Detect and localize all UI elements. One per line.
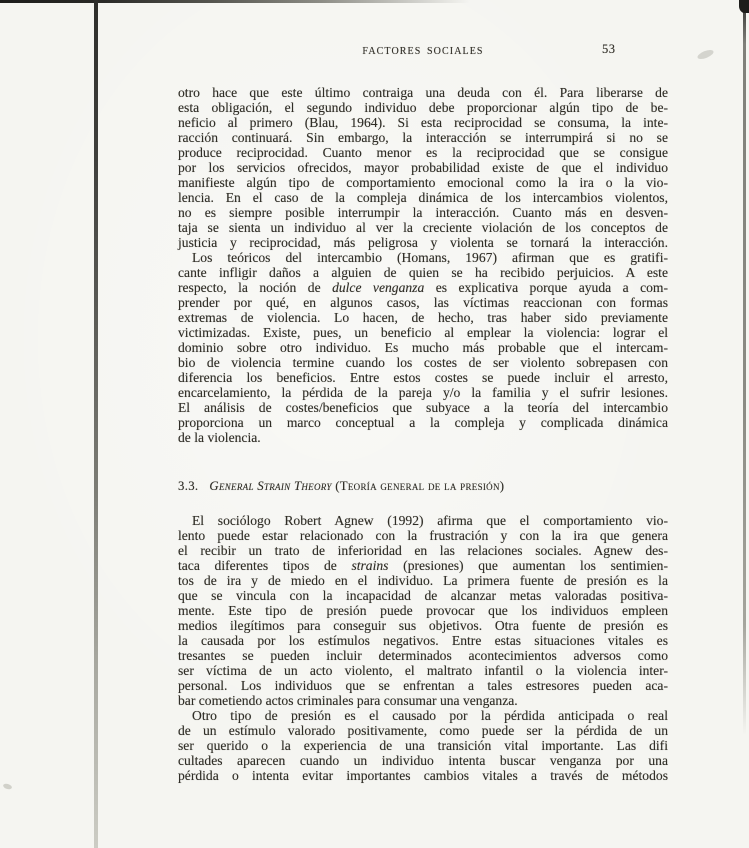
- text-line: proporciona un marco conceptual a la com…: [178, 415, 668, 430]
- text-line: otro hace que este último contraiga una …: [178, 85, 668, 100]
- text-line: personal. Los individuos que se enfrenta…: [178, 678, 668, 693]
- text-line: dominio sobre otro individuo. Es mucho m…: [178, 340, 668, 355]
- text-line: victimizadas. Existe, pues, un beneficio…: [178, 325, 668, 340]
- scan-smudge-artifact: [696, 48, 714, 61]
- text-line: de un estímulo valorado positivamente, c…: [178, 723, 668, 738]
- text-line: por los servicios ofrecidos, mayor proba…: [178, 160, 668, 175]
- text-line: que se vincula con la incapacidad de alc…: [178, 588, 668, 603]
- text-line: ser querido o la experiencia de una tran…: [178, 738, 668, 753]
- text-line: produce reciprocidad. Cuanto menor es la…: [178, 145, 668, 160]
- text-line: bar cometiendo actos criminales para con…: [178, 693, 668, 708]
- paragraph: otro hace que este último contraiga una …: [178, 85, 668, 250]
- text-line: extremas de violencia. Lo hacen, de hech…: [178, 310, 668, 325]
- paragraph: Los teóricos del intercambio (Homans, 19…: [178, 250, 668, 445]
- text-line: taca diferentes tipos de strains (presio…: [178, 558, 668, 573]
- running-header-title: FACTORES SOCIALES: [178, 45, 668, 58]
- text-line: manifieste algún tipo de comportamiento …: [178, 175, 668, 190]
- text-line: esta obligación, el segundo individuo de…: [178, 100, 668, 115]
- text-line: respecto, la noción de dulce venganza es…: [178, 280, 668, 295]
- text-line: medios ilegítimos para conseguir sus obj…: [178, 618, 668, 633]
- text-line: encarcelamiento, la pérdida de la pareja…: [178, 385, 668, 400]
- text-line: racción continuará. Sin embargo, la inte…: [178, 130, 668, 145]
- text-line: justicia y reciprocidad, más peligrosa y…: [178, 235, 668, 250]
- scan-top-right-corner-artifact: [739, 0, 749, 13]
- text-line: El análisis de costes/beneficios que sub…: [178, 400, 668, 415]
- section-number: 3.3.: [178, 479, 198, 493]
- scan-gutter-line-artifact: [94, 0, 98, 848]
- scanned-book-page: FACTORES SOCIALES 53 otro hace que este …: [0, 0, 749, 848]
- text-line: ser víctima de un acto violento, el malt…: [178, 663, 668, 678]
- text-line: Los teóricos del intercambio (Homans, 19…: [178, 250, 668, 265]
- text-line: El sociólogo Robert Agnew (1992) afirma …: [178, 513, 668, 528]
- text-line: lencia. En el caso de la compleja dinámi…: [178, 190, 668, 205]
- text-line: lento puede estar relacionado con la fru…: [178, 528, 668, 543]
- text-segment: es explicativa porque ayuda a com-: [424, 280, 668, 295]
- section-subtitle: (Teoría general de la presión): [335, 479, 504, 493]
- text-line: tresantes se pueden incluir determinados…: [178, 648, 668, 663]
- page-content: FACTORES SOCIALES 53 otro hace que este …: [178, 45, 668, 783]
- text-segment: taca diferentes tipos de: [178, 558, 351, 573]
- text-line: no es siempre posible interrumpir la int…: [178, 205, 668, 220]
- text-line: cultades aparecen cuando un individuo in…: [178, 753, 668, 768]
- text-line: cante infligir daños a alguien de quien …: [178, 265, 668, 280]
- scan-top-edge-artifact: [0, 0, 470, 3]
- text-line: taja se sienta un individuo al ver la cr…: [178, 220, 668, 235]
- text-line: prender por qué, en algunos casos, las v…: [178, 295, 668, 310]
- text-line: pérdida o intenta evitar importantes cam…: [178, 768, 668, 783]
- scan-right-edge-artifact: [743, 0, 746, 735]
- text-segment: (presiones) que aumentan los sentimien-: [388, 558, 668, 573]
- text-line: tos de ira y de miedo en el individuo. L…: [178, 573, 668, 588]
- text-line: el recibir un trato de inferioridad en l…: [178, 543, 668, 558]
- section-heading: 3.3.General Strain Theory (Teoría genera…: [178, 479, 668, 494]
- text-segment: respecto, la noción de: [178, 280, 332, 295]
- text-line: Otro tipo de presión es el causado por l…: [178, 708, 668, 723]
- paragraph: El sociólogo Robert Agnew (1992) afirma …: [178, 513, 668, 708]
- text-line: diferencia los beneficios. Entre estos c…: [178, 370, 668, 385]
- page-header: FACTORES SOCIALES 53: [178, 45, 668, 58]
- page-number: 53: [602, 43, 616, 56]
- italic-term: dulce venganza: [332, 280, 424, 295]
- scan-smudge-artifact: [2, 783, 12, 791]
- section-title: General Strain Theory: [209, 479, 331, 493]
- text-line: mente. Este tipo de presión puede provoc…: [178, 603, 668, 618]
- text-line: neficio al primero (Blau, 1964). Si esta…: [178, 115, 668, 130]
- text-line: la causada por los estímulos negativos. …: [178, 633, 668, 648]
- text-line: de la violencia.: [178, 430, 668, 445]
- text-line: bio de violencia termine cuando los cost…: [178, 355, 668, 370]
- italic-term: strains: [351, 558, 388, 573]
- paragraph: Otro tipo de presión es el causado por l…: [178, 708, 668, 783]
